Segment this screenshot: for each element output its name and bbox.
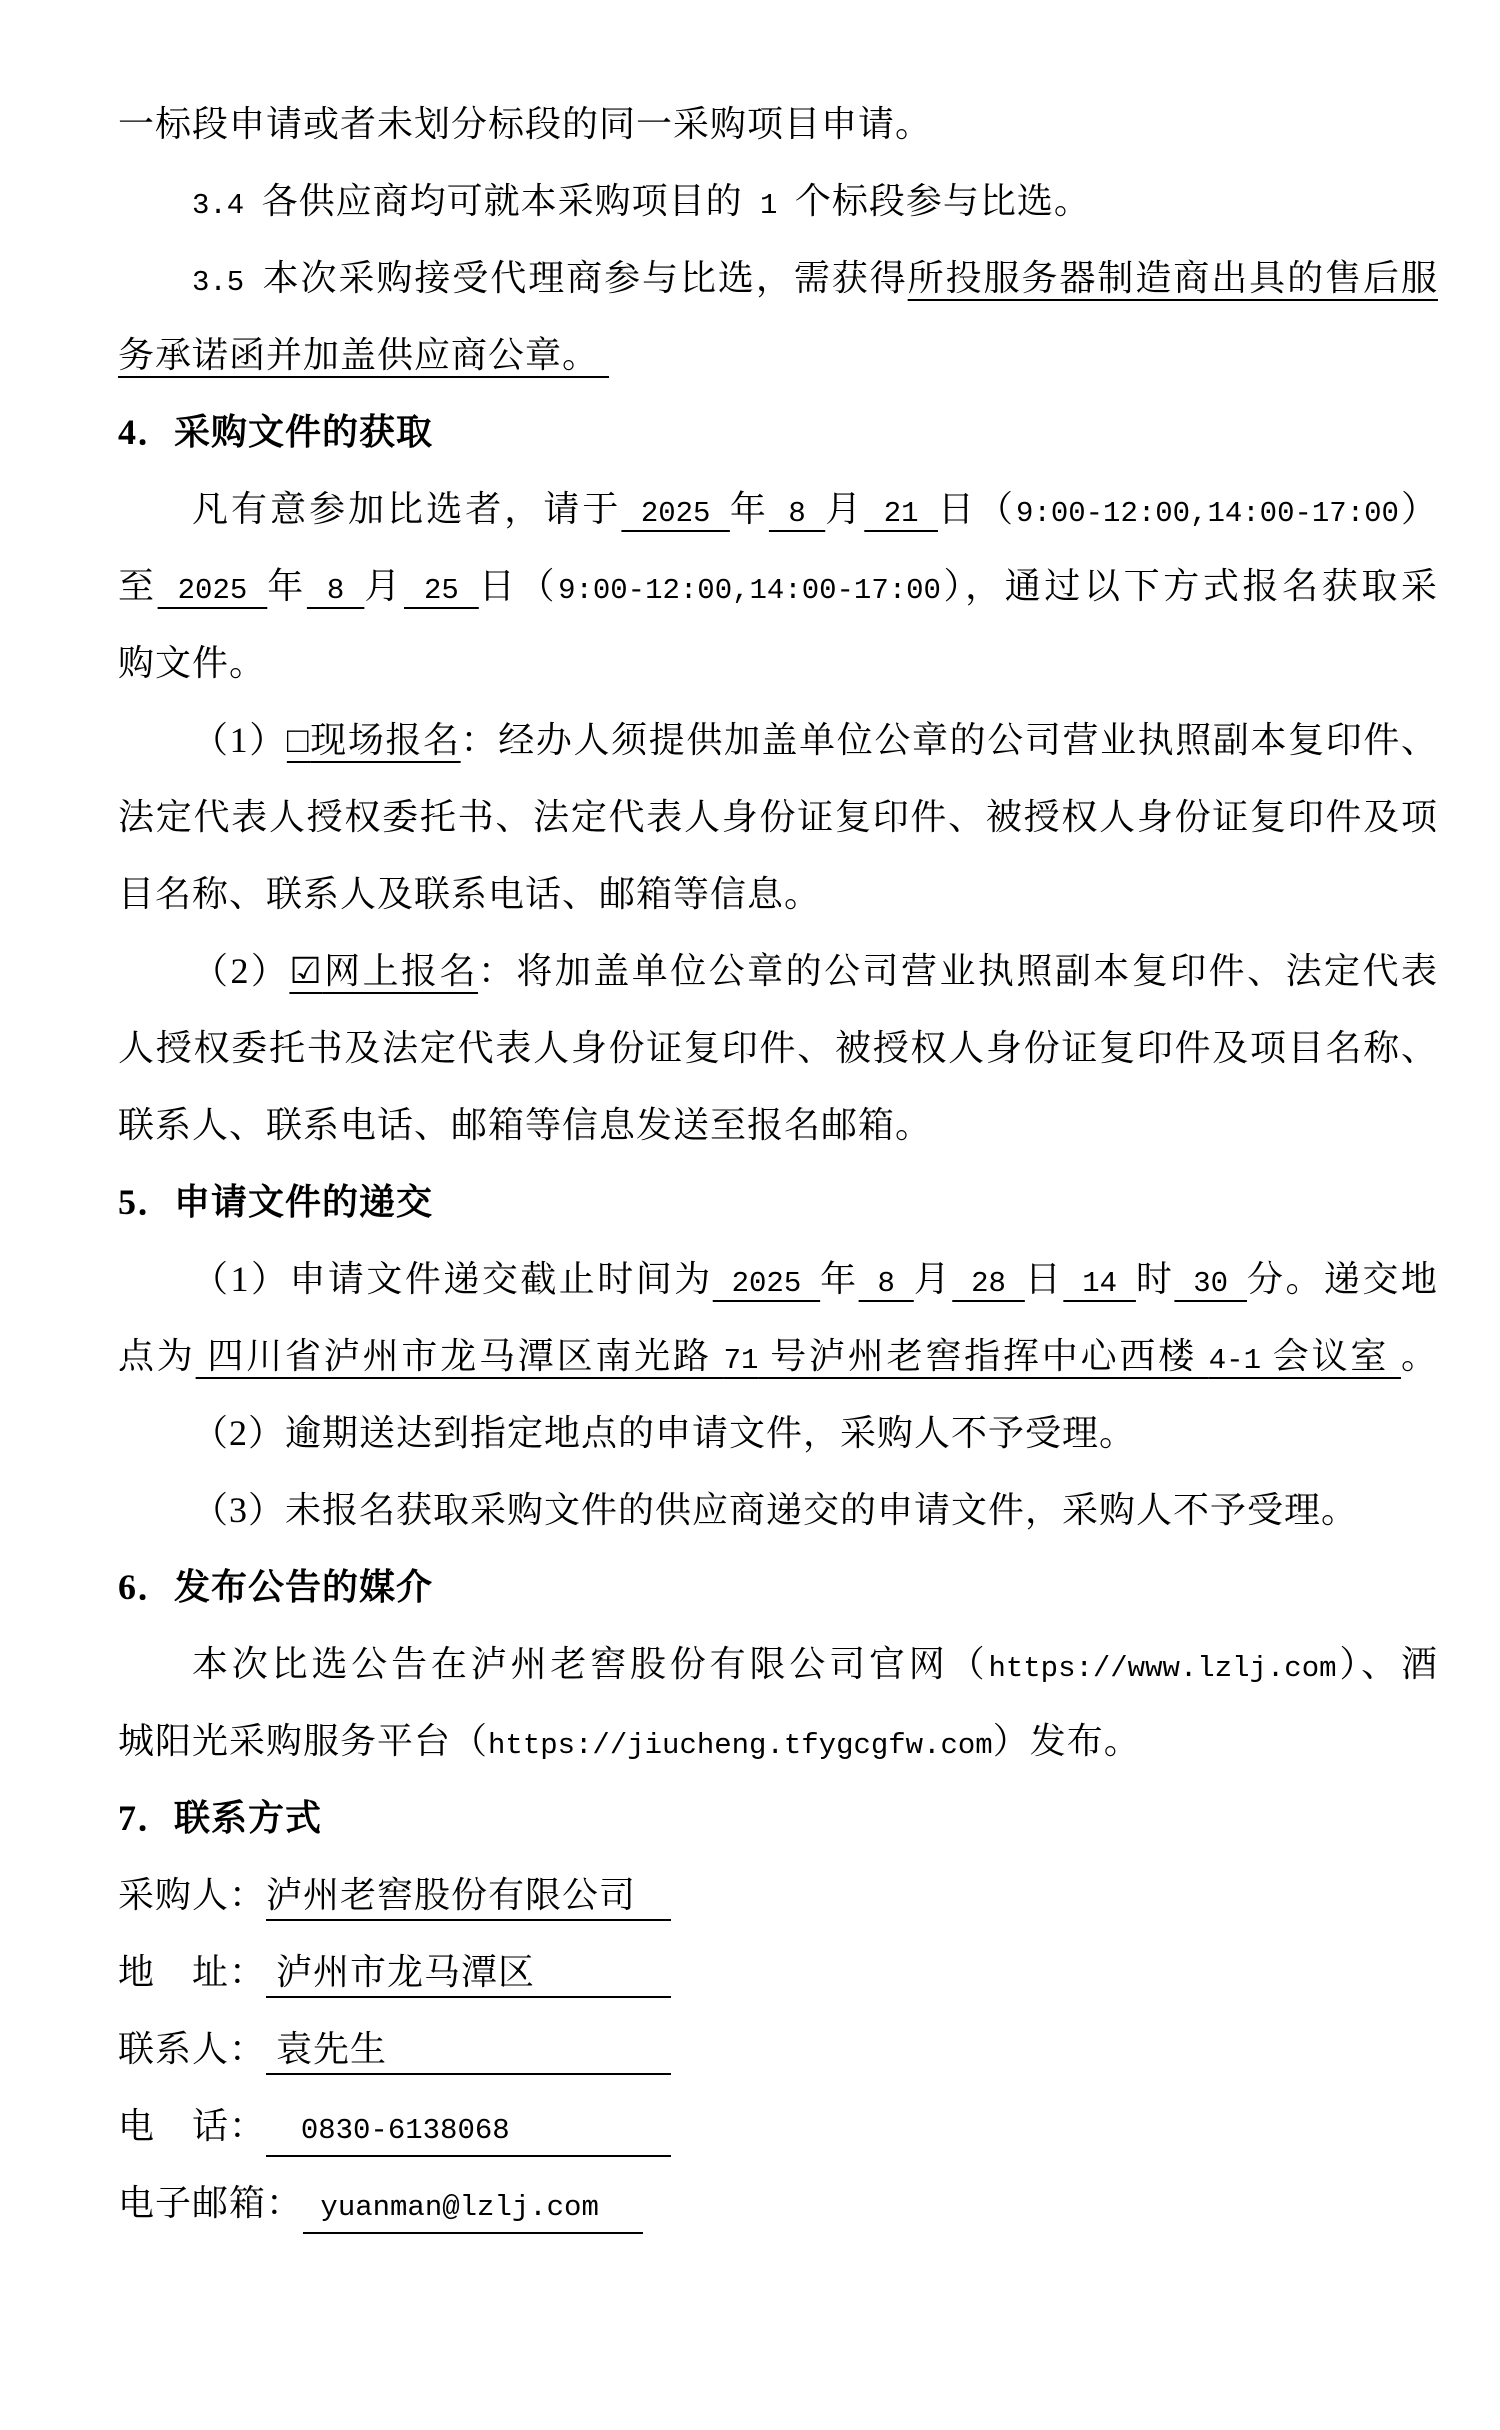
contact-line-email: 电子邮箱： yuanman@lzlj.com bbox=[118, 2165, 1438, 2242]
text-segment: 6．发布公告的媒介 bbox=[118, 1567, 433, 1607]
underlined-text-segment: 四川省泸州市龙马潭区南光路 bbox=[196, 1336, 724, 1376]
text-segment: 点为 bbox=[118, 1336, 196, 1376]
contact-line-person: 联系人： 袁先生 bbox=[118, 2011, 1438, 2088]
text-segment: ）发布。 bbox=[993, 1721, 1141, 1761]
section-heading-4: 4．采购文件的获取 bbox=[118, 394, 1438, 471]
underlined-text-segment: 28 bbox=[952, 1267, 1025, 1300]
text-segment: 年 bbox=[267, 566, 307, 606]
underlined-text-segment: 2025 bbox=[158, 574, 268, 607]
underlined-text-segment: 71 bbox=[724, 1344, 759, 1377]
underlined-text-segment: 现场报名 bbox=[310, 720, 460, 760]
text-segment: 4．采购文件的获取 bbox=[118, 412, 433, 452]
text-segment: 联系人、联系电话、邮箱等信息发送至报名邮箱。 bbox=[118, 1105, 932, 1145]
checkbox-checked-icon: ☑ bbox=[289, 951, 322, 991]
text-segment: 7．联系方式 bbox=[118, 1798, 322, 1838]
paragraph-continuation: 一标段申请或者未划分标段的同一采购项目申请。 bbox=[118, 86, 1438, 163]
text-segment: 凡有意参加比选者，请于 bbox=[192, 489, 621, 529]
underlined-text-segment: 号泸州老窖指挥中心西楼 bbox=[758, 1336, 1208, 1376]
text-segment: 5．申请文件的递交 bbox=[118, 1182, 433, 1222]
text-segment: 时 bbox=[1136, 1259, 1174, 1299]
text-segment: （1） bbox=[192, 720, 287, 760]
text-segment: 9:00-12:00,14:00-17:00 bbox=[1016, 497, 1399, 530]
underlined-text-segment: 30 bbox=[1174, 1267, 1247, 1300]
clause-3-4: 3.4 各供应商均可就本采购项目的 1 个标段参与比选。 bbox=[118, 163, 1438, 240]
underlined-text-segment: 2025 bbox=[621, 497, 730, 530]
checkbox-unchecked-icon: □ bbox=[287, 720, 310, 760]
text-segment: （2）逾期送达到指定地点的申请文件，采购人不予受理。 bbox=[192, 1413, 1136, 1453]
text-segment: 各供应商均可就本采购项目的 bbox=[262, 181, 743, 221]
deadline-line-1: （1）申请文件递交截止时间为 2025 年 8 月 28 日 14 时 30 分… bbox=[118, 1241, 1438, 1318]
text-segment: ），通过以下方式报名获取采 bbox=[941, 566, 1438, 606]
text-segment: 年 bbox=[820, 1259, 858, 1299]
text-segment: 分。递交地 bbox=[1247, 1259, 1438, 1299]
text-segment: ）、酒 bbox=[1337, 1644, 1438, 1684]
text-segment: 年 bbox=[730, 489, 769, 529]
underlined-text-segment: 2025 bbox=[713, 1267, 820, 1300]
clause-3-5: 3.5 本次采购接受代理商参与比选，需获得所投服务器制造商出具的售后服 bbox=[118, 240, 1438, 317]
section-heading-6: 6．发布公告的媒介 bbox=[118, 1549, 1438, 1626]
text-segment: 目名称、联系人及联系电话、邮箱等信息。 bbox=[118, 874, 821, 914]
contact-value-blank: 泸州市龙马潭区 bbox=[266, 1948, 671, 1998]
text-segment: 法定代表人授权委托书、法定代表人身份证复印件、被授权人身份证复印件及项 bbox=[118, 797, 1438, 837]
online-registration-line-2: 人授权委托书及法定代表人身份证复印件、被授权人身份证复印件及项目名称、 bbox=[118, 1010, 1438, 1087]
onsite-registration-line-1: （1）□现场报名：经办人须提供加盖单位公章的公司营业执照副本复印件、 bbox=[118, 702, 1438, 779]
text-segment: 至 bbox=[118, 566, 158, 606]
contact-value-blank: 0830-6138068 bbox=[266, 2107, 671, 2157]
underlined-text-segment: 8 bbox=[307, 574, 364, 607]
section-heading-5: 5．申请文件的递交 bbox=[118, 1164, 1438, 1241]
text-segment: ） bbox=[1399, 489, 1438, 529]
underlined-text-segment: 4-1 bbox=[1209, 1344, 1261, 1377]
text-segment: 月 bbox=[825, 489, 864, 529]
section-heading-7: 7．联系方式 bbox=[118, 1780, 1438, 1857]
text-segment: 本次采购接受代理商参与比选，需获得 bbox=[263, 258, 908, 298]
media-line-2: 城阳光采购服务平台（https://jiucheng.tfygcgfw.com）… bbox=[118, 1703, 1438, 1780]
registration-period-line-3: 购文件。 bbox=[118, 625, 1438, 702]
underlined-text-segment: 8 bbox=[859, 1267, 914, 1300]
text-segment: 城阳光采购服务平台（ bbox=[118, 1721, 488, 1761]
contact-label: 电 话： bbox=[118, 2106, 266, 2146]
underlined-text-segment: 务承诺函并加盖供应商公章。 bbox=[118, 335, 609, 375]
text-segment: 9:00-12:00,14:00-17:00 bbox=[558, 574, 941, 607]
late-delivery-clause: （2）逾期送达到指定地点的申请文件，采购人不予受理。 bbox=[118, 1395, 1438, 1472]
text-segment: 购文件。 bbox=[118, 643, 266, 683]
document-page: 一标段申请或者未划分标段的同一采购项目申请。3.4 各供应商均可就本采购项目的 … bbox=[0, 0, 1500, 2430]
text-segment: （1）申请文件递交截止时间为 bbox=[192, 1259, 713, 1299]
underlined-text-segment: 21 bbox=[864, 497, 938, 530]
text-segment: 月 bbox=[914, 1259, 952, 1299]
underlined-text-segment: 14 bbox=[1063, 1267, 1136, 1300]
text-segment: 日（ bbox=[479, 566, 558, 606]
text-segment: 日（ bbox=[938, 489, 1016, 529]
underlined-text-segment: 25 bbox=[404, 574, 479, 607]
registration-period-line-2: 至 2025 年 8 月 25 日（9:00-12:00,14:00-17:00… bbox=[118, 548, 1438, 625]
deadline-line-2: 点为 四川省泸州市龙马潭区南光路 71 号泸州老窖指挥中心西楼 4-1 会议室 … bbox=[118, 1318, 1438, 1395]
contact-value-blank: 泸州老窖股份有限公司 bbox=[266, 1871, 671, 1921]
media-line-1: 本次比选公告在泸州老窖股份有限公司官网（https://www.lzlj.com… bbox=[118, 1626, 1438, 1703]
online-registration-line-3: 联系人、联系电话、邮箱等信息发送至报名邮箱。 bbox=[118, 1087, 1438, 1164]
contact-value-blank: yuanman@lzlj.com bbox=[303, 2184, 643, 2234]
text-segment: 1 bbox=[743, 189, 795, 222]
text-segment: https://www.lzlj.com bbox=[988, 1652, 1336, 1685]
text-segment: 日 bbox=[1025, 1259, 1063, 1299]
contact-line-phone: 电 话： 0830-6138068 bbox=[118, 2088, 1438, 2165]
onsite-registration-line-3: 目名称、联系人及联系电话、邮箱等信息。 bbox=[118, 856, 1438, 933]
registration-period-line-1: 凡有意参加比选者，请于 2025 年 8 月 21 日（9:00-12:00,1… bbox=[118, 471, 1438, 548]
text-segment: ：将加盖单位公章的公司营业执照副本复印件、法定代表 bbox=[478, 951, 1438, 991]
text-segment: （3）未报名获取采购文件的供应商递交的申请文件，采购人不予受理。 bbox=[192, 1490, 1358, 1530]
text-segment: 3.5 bbox=[192, 266, 263, 299]
contact-line-purchaser: 采购人：泸州老窖股份有限公司 bbox=[118, 1857, 1438, 1934]
unregistered-supplier-clause: （3）未报名获取采购文件的供应商递交的申请文件，采购人不予受理。 bbox=[118, 1472, 1438, 1549]
contact-label: 地 址： bbox=[118, 1952, 266, 1992]
text-segment: 一标段申请或者未划分标段的同一采购项目申请。 bbox=[118, 104, 932, 144]
contact-value-blank: 袁先生 bbox=[266, 2025, 671, 2075]
underlined-text-segment: 会议室 bbox=[1261, 1336, 1401, 1376]
text-segment: 本次比选公告在泸州老窖股份有限公司官网（ bbox=[192, 1644, 988, 1684]
clause-3-5-continuation: 务承诺函并加盖供应商公章。 bbox=[118, 317, 1438, 394]
text-segment: 个标段参与比选。 bbox=[795, 181, 1091, 221]
underlined-text-segment: 网上报名 bbox=[323, 951, 478, 991]
onsite-registration-line-2: 法定代表人授权委托书、法定代表人身份证复印件、被授权人身份证复印件及项 bbox=[118, 779, 1438, 856]
text-segment: 人授权委托书及法定代表人身份证复印件、被授权人身份证复印件及项目名称、 bbox=[118, 1028, 1438, 1068]
text-segment: ：经办人须提供加盖单位公章的公司营业执照副本复印件、 bbox=[461, 720, 1438, 760]
contact-label: 联系人： bbox=[118, 2029, 266, 2069]
text-segment: 月 bbox=[364, 566, 404, 606]
contact-label: 采购人： bbox=[118, 1875, 266, 1915]
text-segment: 。 bbox=[1401, 1336, 1438, 1376]
text-segment: 3.4 bbox=[192, 189, 262, 222]
underlined-text-segment: 8 bbox=[769, 497, 825, 530]
contact-line-address: 地 址： 泸州市龙马潭区 bbox=[118, 1934, 1438, 2011]
contact-label: 电子邮箱： bbox=[118, 2183, 303, 2223]
text-segment: https://jiucheng.tfygcgfw.com bbox=[488, 1729, 993, 1762]
text-segment: （2） bbox=[192, 951, 289, 991]
underlined-text-segment: 所投服务器制造商出具的售后服 bbox=[908, 258, 1438, 298]
online-registration-line-1: （2）☑网上报名：将加盖单位公章的公司营业执照副本复印件、法定代表 bbox=[118, 933, 1438, 1010]
